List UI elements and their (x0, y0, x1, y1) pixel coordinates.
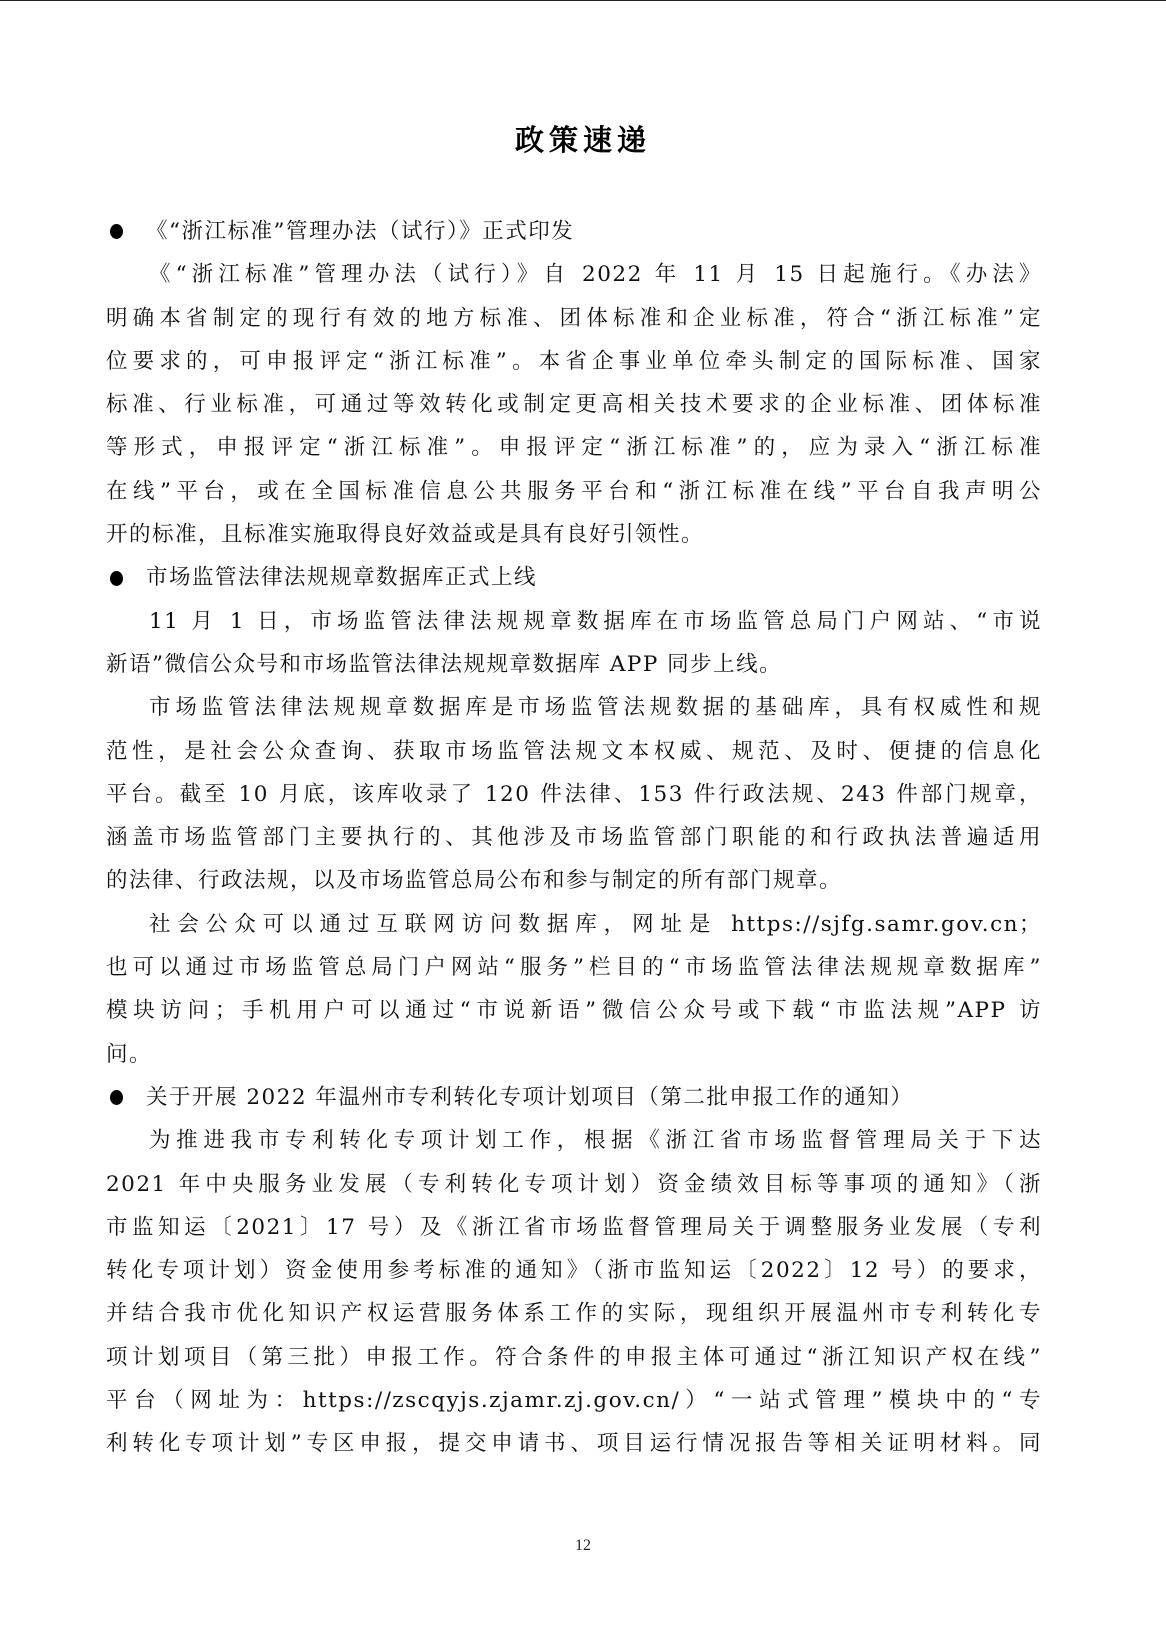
text-line: 并结合我市优化知识产权运营服务体系工作的实际，现组织开展温州市专利转化专 (106, 1292, 1042, 1335)
text-line: 标准、行业标准，可通过等效转化或制定更高相关技术要求的企业标准、团体标准 (106, 383, 1042, 426)
text-line: 平台。截至 10 月底，该库收录了 120 件法律、153 件行政法规、243 … (106, 773, 1042, 816)
text-line: 范性，是社会公众查询、获取市场监管法规文本权威、规范、及时、便捷的信息化 (106, 730, 1042, 773)
text-line: 问。 (106, 1033, 1042, 1076)
section-heading-text: 《“浙江标准”管理办法（试行）》正式印发 (146, 210, 574, 253)
text-line: 位要求的，可申报评定“浙江标准”。本省企事业单位牵头制定的国际标准、国家 (106, 340, 1042, 383)
bullet-icon (110, 224, 123, 239)
bullet-icon (110, 1090, 123, 1105)
text-line: 市场监管法律法规规章数据库是市场监管法规数据的基础库，具有权威性和规 (106, 686, 1042, 729)
paragraph: 社会公众可以通过互联网访问数据库，网址是 https://sjfg.samr.g… (106, 903, 1042, 1076)
text-line: 的法律、行政法规，以及市场监管总局公布和参与制定的所有部门规章。 (106, 859, 1042, 902)
text-line: 开的标准，且标准实施取得良好效益或是具有良好引领性。 (106, 513, 1042, 556)
section-heading-text: 市场监管法律法规规章数据库正式上线 (146, 556, 537, 599)
section-heading: 市场监管法律法规规章数据库正式上线 (106, 556, 1042, 599)
text-line: 涵盖市场监管部门主要执行的、其他涉及市场监管部门职能的和行政执法普遍适用 (106, 816, 1042, 859)
text-line: 也可以通过市场监管总局门户网站“服务”栏目的“市场监管法律法规规章数据库” (106, 946, 1042, 989)
text-line: 新语”微信公众号和市场监管法律法规规章数据库 APP 同步上线。 (106, 643, 1042, 686)
text-line: 明确本省制定的现行有效的地方标准、团体标准和企业标准，符合“浙江标准”定 (106, 297, 1042, 340)
paragraph: 为推进我市专利转化专项计划工作，根据《浙江省市场监督管理局关于下达 2021 年… (106, 1119, 1042, 1465)
paragraph: 11 月 1 日，市场监管法律法规规章数据库在市场监管总局门户网站、“市说 新语… (106, 600, 1042, 687)
top-border-line (0, 0, 1166, 1)
page-number: 12 (0, 1537, 1166, 1555)
section-heading: 关于开展 2022 年温州市专利转化专项计划项目（第二批申报工作的通知） (106, 1076, 1042, 1119)
text-line: 市监知运〔2021〕17 号）及《浙江省市场监督管理局关于调整服务业发展（专利 (106, 1206, 1042, 1249)
page-title: 政策速递 (0, 118, 1166, 159)
paragraph: 市场监管法律法规规章数据库是市场监管法规数据的基础库，具有权威性和规 范性，是社… (106, 686, 1042, 902)
paragraph: 《“浙江标准”管理办法（试行）》自 2022 年 11 月 15 日起施行。《办… (106, 253, 1042, 556)
text-line: 《“浙江标准”管理办法（试行）》自 2022 年 11 月 15 日起施行。《办… (106, 253, 1042, 296)
text-line: 在线”平台，或在全国标准信息公共服务平台和“浙江标准在线”平台自我声明公 (106, 470, 1042, 513)
text-line: 2021 年中央服务业发展（专利转化专项计划）资金绩效目标等事项的通知》（浙 (106, 1163, 1042, 1206)
text-line: 模块访问；手机用户可以通过“市说新语”微信公众号或下载“市监法规”APP 访 (106, 989, 1042, 1032)
text-line: 平台（网址为：https://zscqyjs.zjamr.zj.gov.cn/）… (106, 1379, 1042, 1422)
section-heading: 《“浙江标准”管理办法（试行）》正式印发 (106, 210, 1042, 253)
section-heading-text: 关于开展 2022 年温州市专利转化专项计划项目（第二批申报工作的通知） (146, 1076, 913, 1119)
text-line: 为推进我市专利转化专项计划工作，根据《浙江省市场监督管理局关于下达 (106, 1119, 1042, 1162)
text-line: 利转化专项计划”专区申报，提交申请书、项目运行情况报告等相关证明材料。同 (106, 1422, 1042, 1465)
text-line: 项计划项目（第三批）申报工作。符合条件的申报主体可通过“浙江知识产权在线” (106, 1336, 1042, 1379)
text-line: 等形式，申报评定“浙江标准”。申报评定“浙江标准”的，应为录入“浙江标准 (106, 426, 1042, 469)
document-body: 《“浙江标准”管理办法（试行）》正式印发 《“浙江标准”管理办法（试行）》自 2… (106, 210, 1042, 1466)
text-line: 11 月 1 日，市场监管法律法规规章数据库在市场监管总局门户网站、“市说 (106, 600, 1042, 643)
text-line: 转化专项计划）资金使用参考标准的通知》（浙市监知运〔2022〕12 号）的要求， (106, 1249, 1042, 1292)
bullet-icon (110, 571, 123, 586)
text-line: 社会公众可以通过互联网访问数据库，网址是 https://sjfg.samr.g… (106, 903, 1042, 946)
